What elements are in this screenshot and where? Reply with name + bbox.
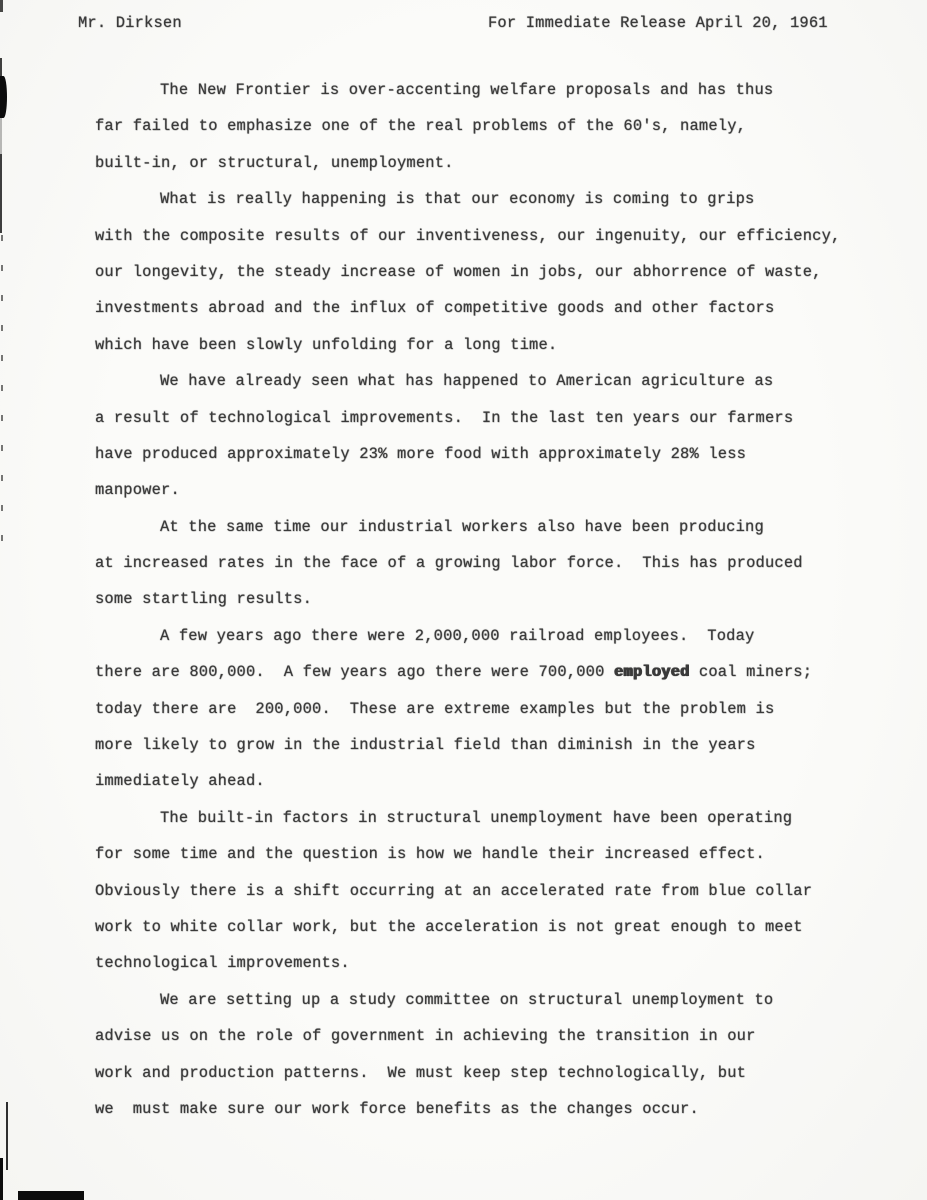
text-line: some startling results.: [95, 581, 865, 617]
text-line: today there are 200,000. These are extre…: [95, 691, 865, 727]
scan-artifact-bottom-edge: [0, 1158, 3, 1200]
paragraph: A few years ago there were 2,000,000 rai…: [95, 618, 865, 800]
text-line: our longevity, the steady increase of wo…: [95, 254, 865, 290]
text-line: The built-in factors in structural unemp…: [95, 800, 865, 836]
scan-artifact-top-corner: [0, 0, 3, 12]
text-line: there are 800,000. A few years ago there…: [95, 654, 865, 690]
text-line: At the same time our industrial workers …: [95, 509, 865, 545]
scan-artifact-left-blob: [0, 76, 7, 118]
text-line: advise us on the role of government in a…: [95, 1018, 865, 1054]
text-line: The New Frontier is over-accenting welfa…: [95, 72, 865, 108]
document-body: The New Frontier is over-accenting welfa…: [95, 72, 865, 1127]
overstruck-word: employed: [614, 663, 690, 681]
text-line: A few years ago there were 2,000,000 rai…: [95, 618, 865, 654]
text-line: Obviously there is a shift occurring at …: [95, 873, 865, 909]
scanned-document-page: Mr. Dirksen For Immediate Release April …: [0, 0, 927, 1200]
text-line: far failed to emphasize one of the real …: [95, 108, 865, 144]
text-line: work to white collar work, but the accel…: [95, 909, 865, 945]
text-line: a result of technological improvements. …: [95, 400, 865, 436]
paragraph: What is really happening is that our eco…: [95, 181, 865, 363]
text-line: built-in, or structural, unemployment.: [95, 145, 865, 181]
text-line: We have already seen what has happened t…: [95, 363, 865, 399]
text-line: immediately ahead.: [95, 763, 865, 799]
scan-artifact-left-dots: [1, 235, 3, 565]
paragraph: We are setting up a study committee on s…: [95, 982, 865, 1128]
text-line: have produced approximately 23% more foo…: [95, 436, 865, 472]
text-line: manpower.: [95, 472, 865, 508]
paragraph: At the same time our industrial workers …: [95, 509, 865, 618]
text-line: for some time and the question is how we…: [95, 836, 865, 872]
recipient-name: Mr. Dirksen: [78, 14, 182, 32]
text-line: work and production patterns. We must ke…: [95, 1055, 865, 1091]
text-line: investments abroad and the influx of com…: [95, 290, 865, 326]
paragraph: The New Frontier is over-accenting welfa…: [95, 72, 865, 181]
text-line: at increased rates in the face of a grow…: [95, 545, 865, 581]
text-line: technological improvements.: [95, 945, 865, 981]
text-line: What is really happening is that our eco…: [95, 181, 865, 217]
release-date-line: For Immediate Release April 20, 1961: [488, 14, 828, 32]
text-line: with the composite results of our invent…: [95, 218, 865, 254]
text-line: more likely to grow in the industrial fi…: [95, 727, 865, 763]
scan-artifact-bottom-bar: [18, 1191, 84, 1200]
text-line: we must make sure our work force benefit…: [95, 1091, 865, 1127]
text-line: which have been slowly unfolding for a l…: [95, 327, 865, 363]
paragraph: The built-in factors in structural unemp…: [95, 800, 865, 982]
scan-artifact-left-lower-line: [6, 1102, 8, 1170]
paragraph: We have already seen what has happened t…: [95, 363, 865, 509]
text-line: We are setting up a study committee on s…: [95, 982, 865, 1018]
